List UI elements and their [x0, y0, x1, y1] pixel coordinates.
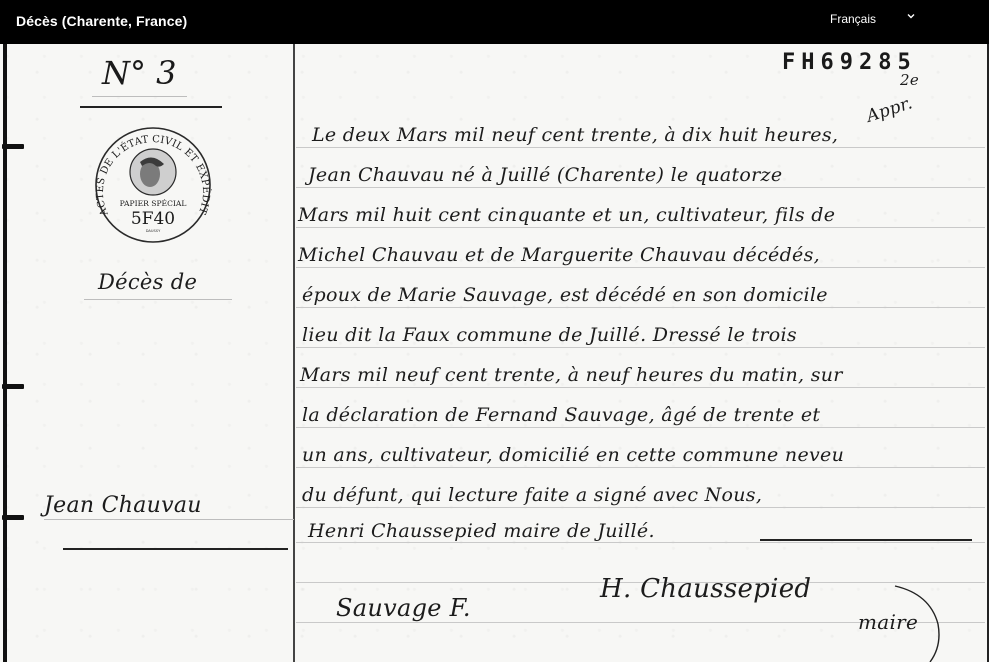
archive-code: FH69285 [782, 50, 917, 75]
stamp-price: 5F40 [131, 209, 175, 229]
ruled-line [296, 542, 985, 543]
document-viewer[interactable]: N° 3 FH69285 2e Appr. ACTES DE L'ÉTAT CI… [0, 44, 989, 662]
scanned-record-page: N° 3 FH69285 2e Appr. ACTES DE L'ÉTAT CI… [0, 44, 989, 662]
record-line: la déclaration de Fernand Sauvage, âgé d… [302, 404, 820, 426]
signature-mayor: H. Chaussepied [600, 574, 811, 604]
record-line: lieu dit la Faux commune de Juillé. Dres… [302, 324, 797, 346]
ruled-line [296, 147, 985, 148]
record-line: époux de Marie Sauvage, est décédé en so… [302, 284, 828, 306]
record-number: N° 3 [102, 54, 177, 92]
binding-tab [2, 384, 24, 389]
stamp-label: PAPIER SPÉCIAL [120, 199, 187, 208]
record-line: Mars mil huit cent cinquante et un, cult… [298, 204, 835, 226]
binding-tab [2, 515, 24, 520]
record-line: du défunt, qui lecture faite a signé ave… [302, 484, 762, 506]
underline [84, 299, 232, 300]
closing-line [760, 539, 972, 541]
chevron-down-icon [906, 11, 916, 21]
tax-stamp-seal: ACTES DE L'ÉTAT CIVIL ET EXPÉDITIONS PAP… [94, 126, 212, 244]
ruled-line [296, 507, 985, 508]
underline [92, 96, 187, 97]
deceased-name: Jean Chauvau [44, 493, 202, 518]
record-line: Michel Chauvau et de Marguerite Chauvau … [298, 244, 820, 266]
language-selector[interactable]: Français [830, 8, 930, 30]
ruled-line [296, 347, 985, 348]
margin-line [293, 44, 295, 662]
margin-annotation: 2e [900, 71, 919, 89]
underline [63, 548, 288, 550]
margin-heading: Décès de [98, 270, 197, 294]
ruled-line [296, 227, 985, 228]
stamp-engraver: DAUSSY [146, 229, 161, 233]
page-title: Décès (Charente, France) [16, 13, 187, 29]
ruled-line [296, 267, 985, 268]
language-selected-value: Français [830, 12, 876, 26]
record-line: Mars mil neuf cent trente, à neuf heures… [300, 364, 843, 386]
ruled-line [296, 187, 985, 188]
record-line: un ans, cultivateur, domicilié en cette … [302, 444, 844, 466]
underline [44, 519, 294, 520]
record-line: Henri Chaussepied maire de Juillé. [308, 520, 655, 542]
record-line: Le deux Mars mil neuf cent trente, à dix… [312, 124, 838, 146]
signature-declarant: Sauvage F. [336, 594, 471, 622]
binding-edge [3, 44, 7, 662]
underline [80, 106, 222, 108]
ruled-line [296, 307, 985, 308]
top-bar: Décès (Charente, France) Français [0, 0, 989, 44]
record-line: Jean Chauvau né à Juillé (Charente) le q… [308, 164, 782, 186]
ruled-line [296, 427, 985, 428]
signature-flourish [890, 584, 950, 662]
ruled-line [296, 467, 985, 468]
binding-tab [2, 144, 24, 149]
ruled-line [296, 387, 985, 388]
margin-approval: Appr. [864, 93, 915, 127]
